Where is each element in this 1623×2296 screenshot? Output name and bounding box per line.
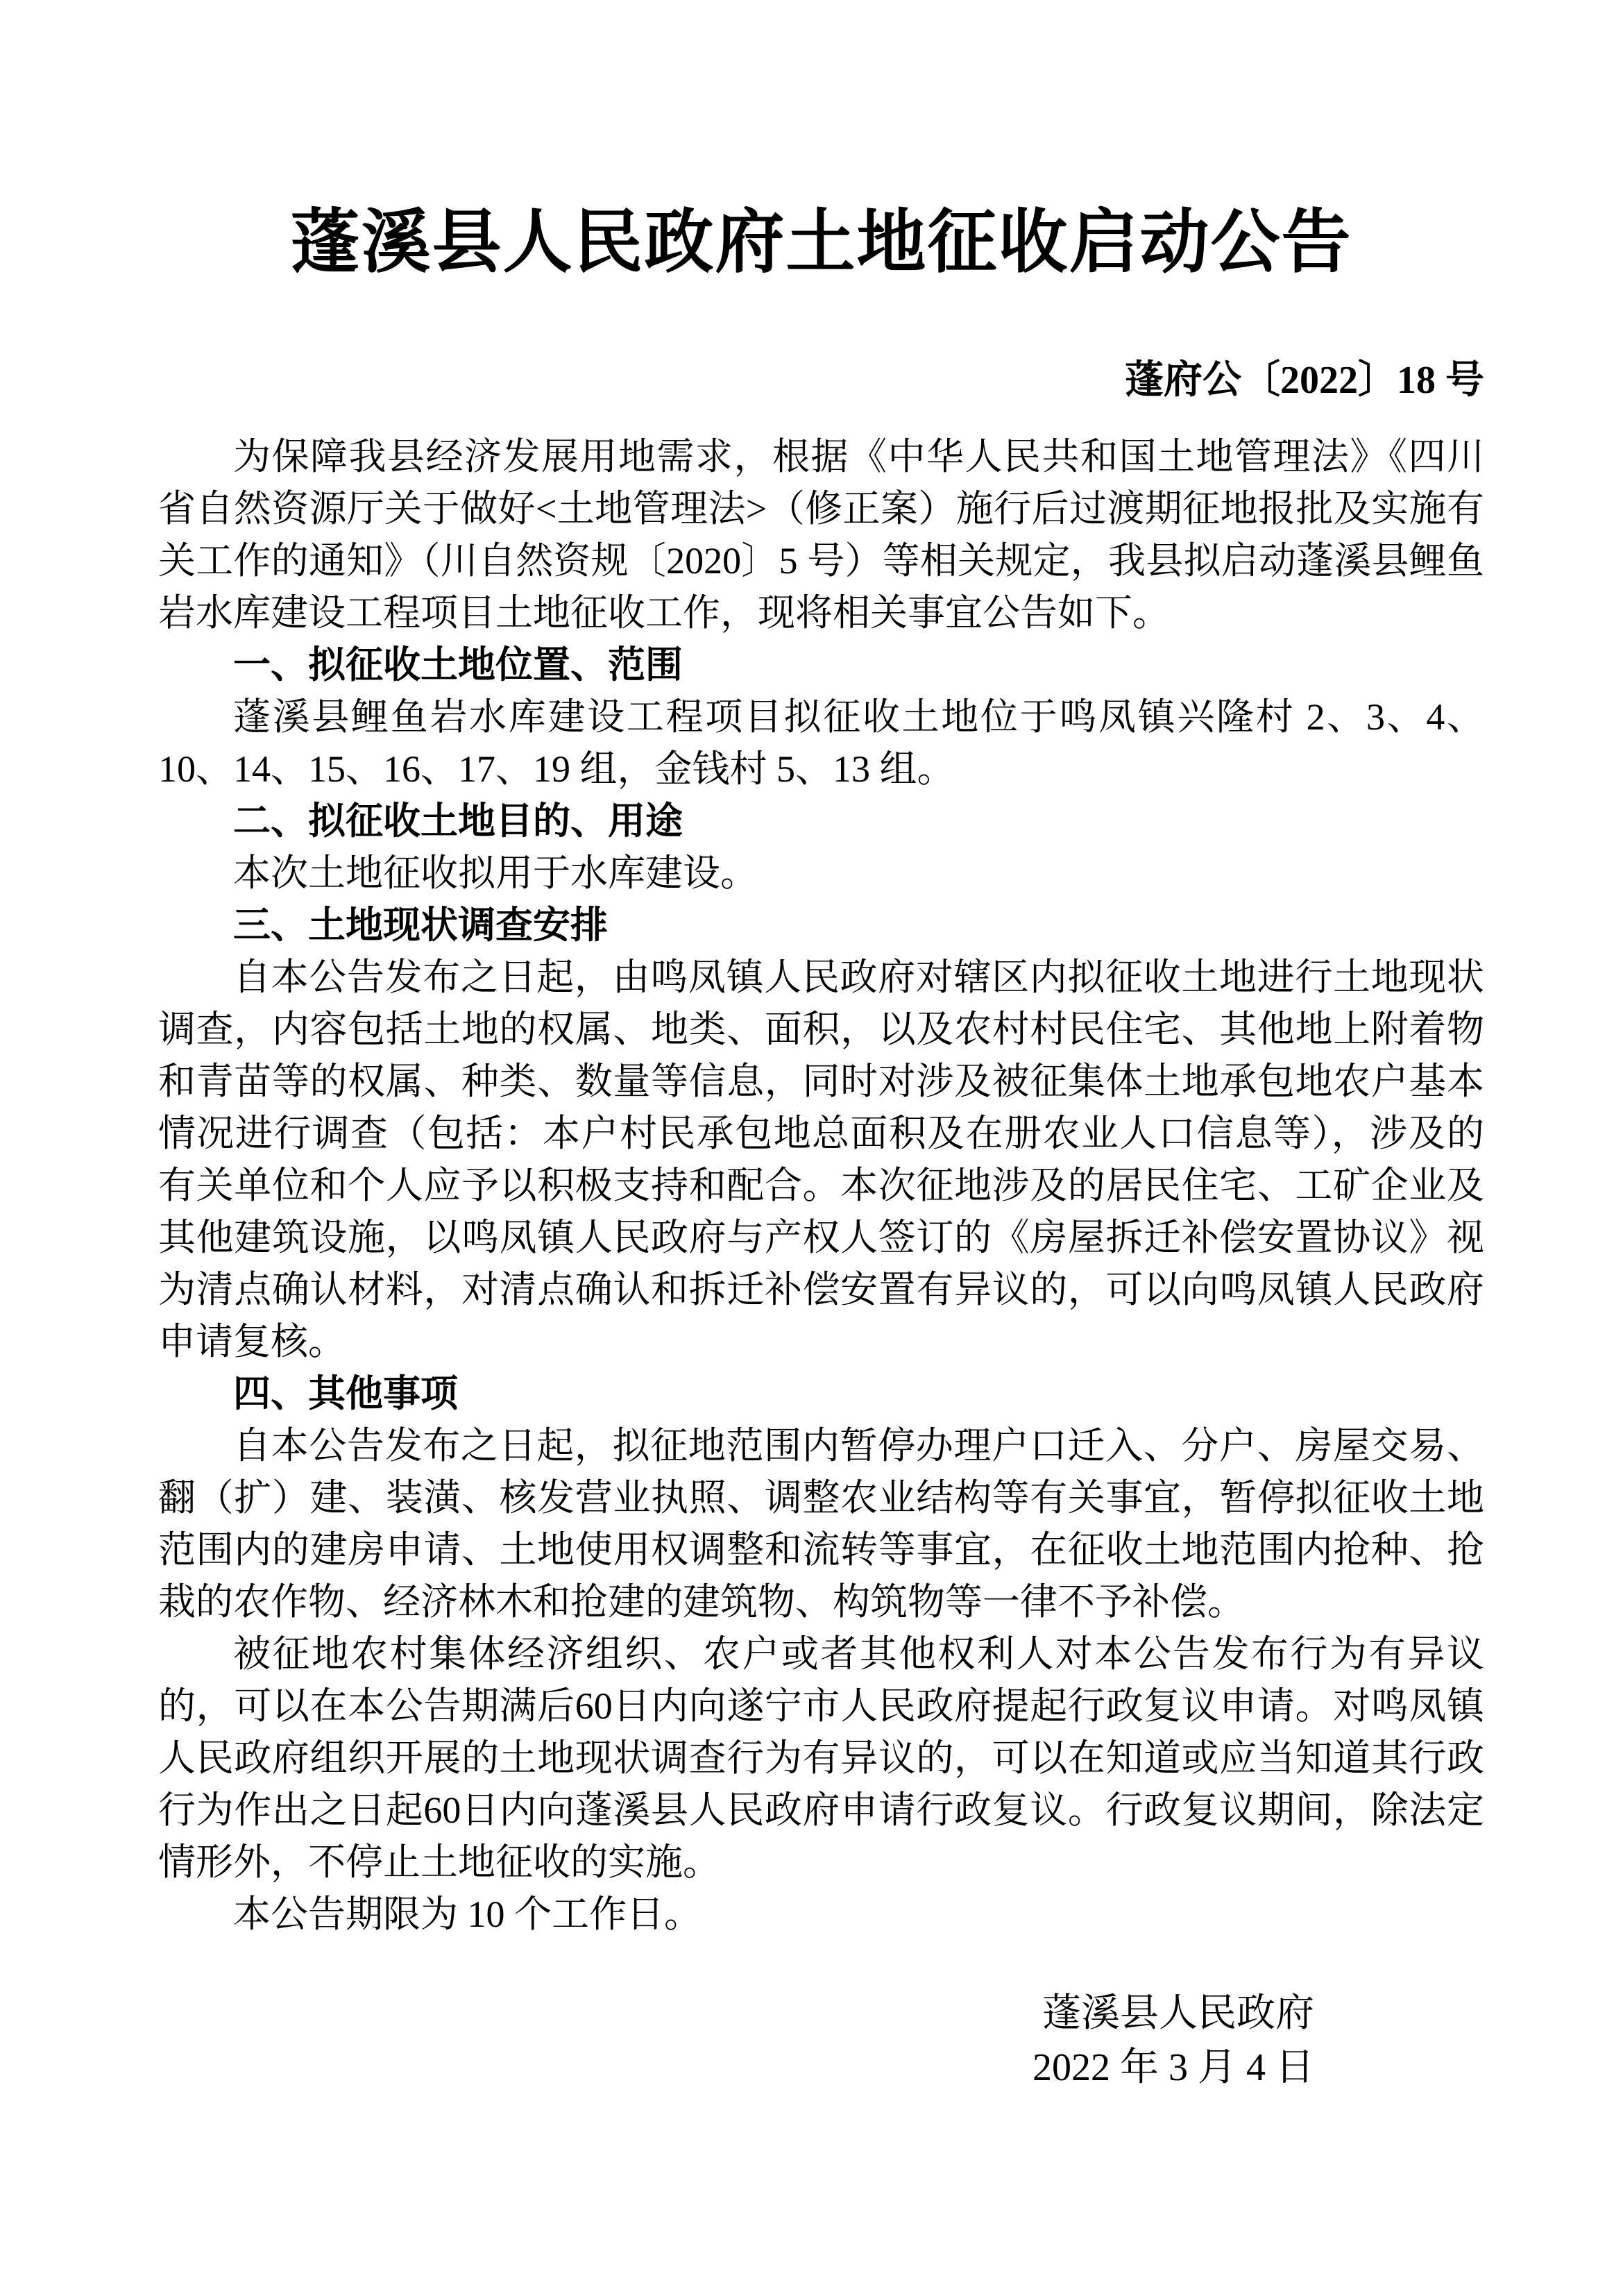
announcement-body: 为保障我县经济发展用地需求，根据《中华人民共和国土地管理法》《四川省自然资源厅关… — [158, 431, 1484, 1941]
paragraph-duration: 本公告期限为 10 个工作日。 — [158, 1889, 1484, 1941]
paragraph-location-scope: 蓬溪县鲤鱼岩水库建设工程项目拟征收土地位于鸣凤镇兴隆村 2、3、4、10、14、… — [158, 691, 1484, 795]
signature-block: 蓬溪县人民政府 2022 年 3 月 4 日 — [158, 1986, 1484, 2095]
signature-issuer: 蓬溪县人民政府 — [158, 1986, 1314, 2041]
doc-number: 蓬府公〔2022〕18 号 — [158, 354, 1484, 407]
paragraph-objection: 被征地农村集体经济组织、农户或者其他权利人对本公告发布行为有异议的，可以在本公告… — [158, 1628, 1484, 1889]
announcement-page: 蓬溪县人民政府土地征收启动公告 蓬府公〔2022〕18 号 为保障我县经济发展用… — [0, 0, 1623, 2296]
section-heading-4: 四、其他事项 — [158, 1368, 1484, 1420]
paragraph-intro: 为保障我县经济发展用地需求，根据《中华人民共和国土地管理法》《四川省自然资源厅关… — [158, 431, 1484, 639]
paragraph-survey: 自本公告发布之日起，由鸣凤镇人民政府对辖区内拟征收土地进行土地现状调查，内容包括… — [158, 952, 1484, 1368]
signature-date: 2022 年 3 月 4 日 — [158, 2041, 1314, 2095]
section-heading-1: 一、拟征收土地位置、范围 — [158, 639, 1484, 691]
paragraph-purpose: 本次土地征收拟用于水库建设。 — [158, 847, 1484, 900]
section-heading-3: 三、土地现状调查安排 — [158, 900, 1484, 952]
section-heading-2: 二、拟征收土地目的、用途 — [158, 795, 1484, 847]
page-title: 蓬溪县人民政府土地征收启动公告 — [158, 201, 1484, 285]
paragraph-restrictions: 自本公告发布之日起，拟征地范围内暂停办理户口迁入、分户、房屋交易、翻（扩）建、装… — [158, 1420, 1484, 1628]
